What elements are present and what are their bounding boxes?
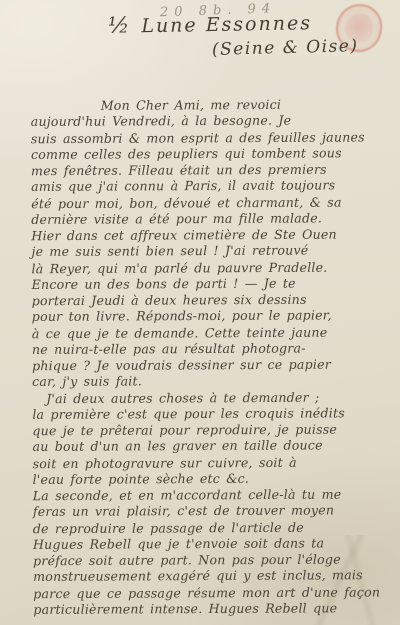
letter-line: dernière visite a été pour ma fille mala… <box>31 210 383 228</box>
letter-line: parce que ce passage résume mon art d'un… <box>33 584 385 602</box>
letter-line: Mon Cher Ami, me revoici <box>31 96 383 114</box>
letter-body: Mon Cher Ami, me revoiciaujourd'hui Vend… <box>31 96 386 618</box>
letter-line: feras un vrai plaisir, c'est de trouver … <box>33 502 385 520</box>
letter-line: pour ton livre. Réponds-moi, pour le pap… <box>32 307 384 325</box>
letter-line: préface soit autre part. Non pas pour l'… <box>33 551 385 569</box>
letter-line: que je te prêterai pour reproduire, je p… <box>32 421 384 439</box>
department-line: (Seine & Oise) <box>212 36 359 60</box>
letter-line: au bout d'un an les graver en taille dou… <box>32 437 384 455</box>
letter-line: phique ? Je voudrais dessiner sur ce pap… <box>32 356 384 374</box>
letter-line: là Reyer, qui m'a parlé du pauvre Pradel… <box>31 259 383 277</box>
letter-line: particulièrement intense. Hugues Rebell … <box>33 600 385 618</box>
letter-line: la première c'est que pour les croquis i… <box>32 405 384 423</box>
letter-page: 20 8b. 94 ½Lune Essonnes (Seine & Oise) … <box>0 0 400 625</box>
letter-line: amis que j'ai connu à Paris, il avait to… <box>31 177 383 195</box>
letter-line: porterai Jeudi à deux heures six dessins <box>32 291 384 309</box>
letter-line: Hier dans cet affreux cimetière de Ste O… <box>31 226 383 244</box>
letter-line: J'ai deux autres choses à te demander ; <box>32 389 384 407</box>
letter-line: aujourd'hui Vendredi, à la besogne. Je <box>31 112 383 130</box>
letter-line: Encore un des bons de parti ! — Je te <box>32 275 384 293</box>
letter-line: Hugues Rebell que je t'envoie soit dans … <box>33 535 385 553</box>
half-fraction: ½ <box>108 13 132 38</box>
place-line: ½Lune Essonnes <box>108 10 312 39</box>
letter-line: été pour moi, bon, dévoué et charmant, &… <box>31 194 383 212</box>
letter-line: La seconde, et en m'accordant celle-là t… <box>33 486 385 504</box>
letter-line: ne nuira-t-elle pas au résultat photogra… <box>32 340 384 358</box>
place-name: Lune Essonnes <box>141 12 312 37</box>
letter-line: soit en photogravure sur cuivre, soit à <box>33 454 385 472</box>
letter-line: comme celles des peupliers qui tombent s… <box>31 145 383 163</box>
letter-line: suis assombri & mon esprit a des feuille… <box>31 129 383 147</box>
letter-line: car, j'y suis fait. <box>32 372 384 390</box>
letter-line: à ce que je te demande. Cette teinte jau… <box>32 324 384 342</box>
letter-line: je me suis senti bien seul ! J'ai retrou… <box>31 242 383 260</box>
letter-line: l'eau forte pointe sèche etc &c. <box>33 470 385 488</box>
letter-line: mes fenêtres. Filleau était un des premi… <box>31 161 383 179</box>
letter-line: monstrueusement exagéré qui y est inclus… <box>33 567 385 585</box>
letter-line: de reproduire le passage de l'article de <box>33 519 385 537</box>
